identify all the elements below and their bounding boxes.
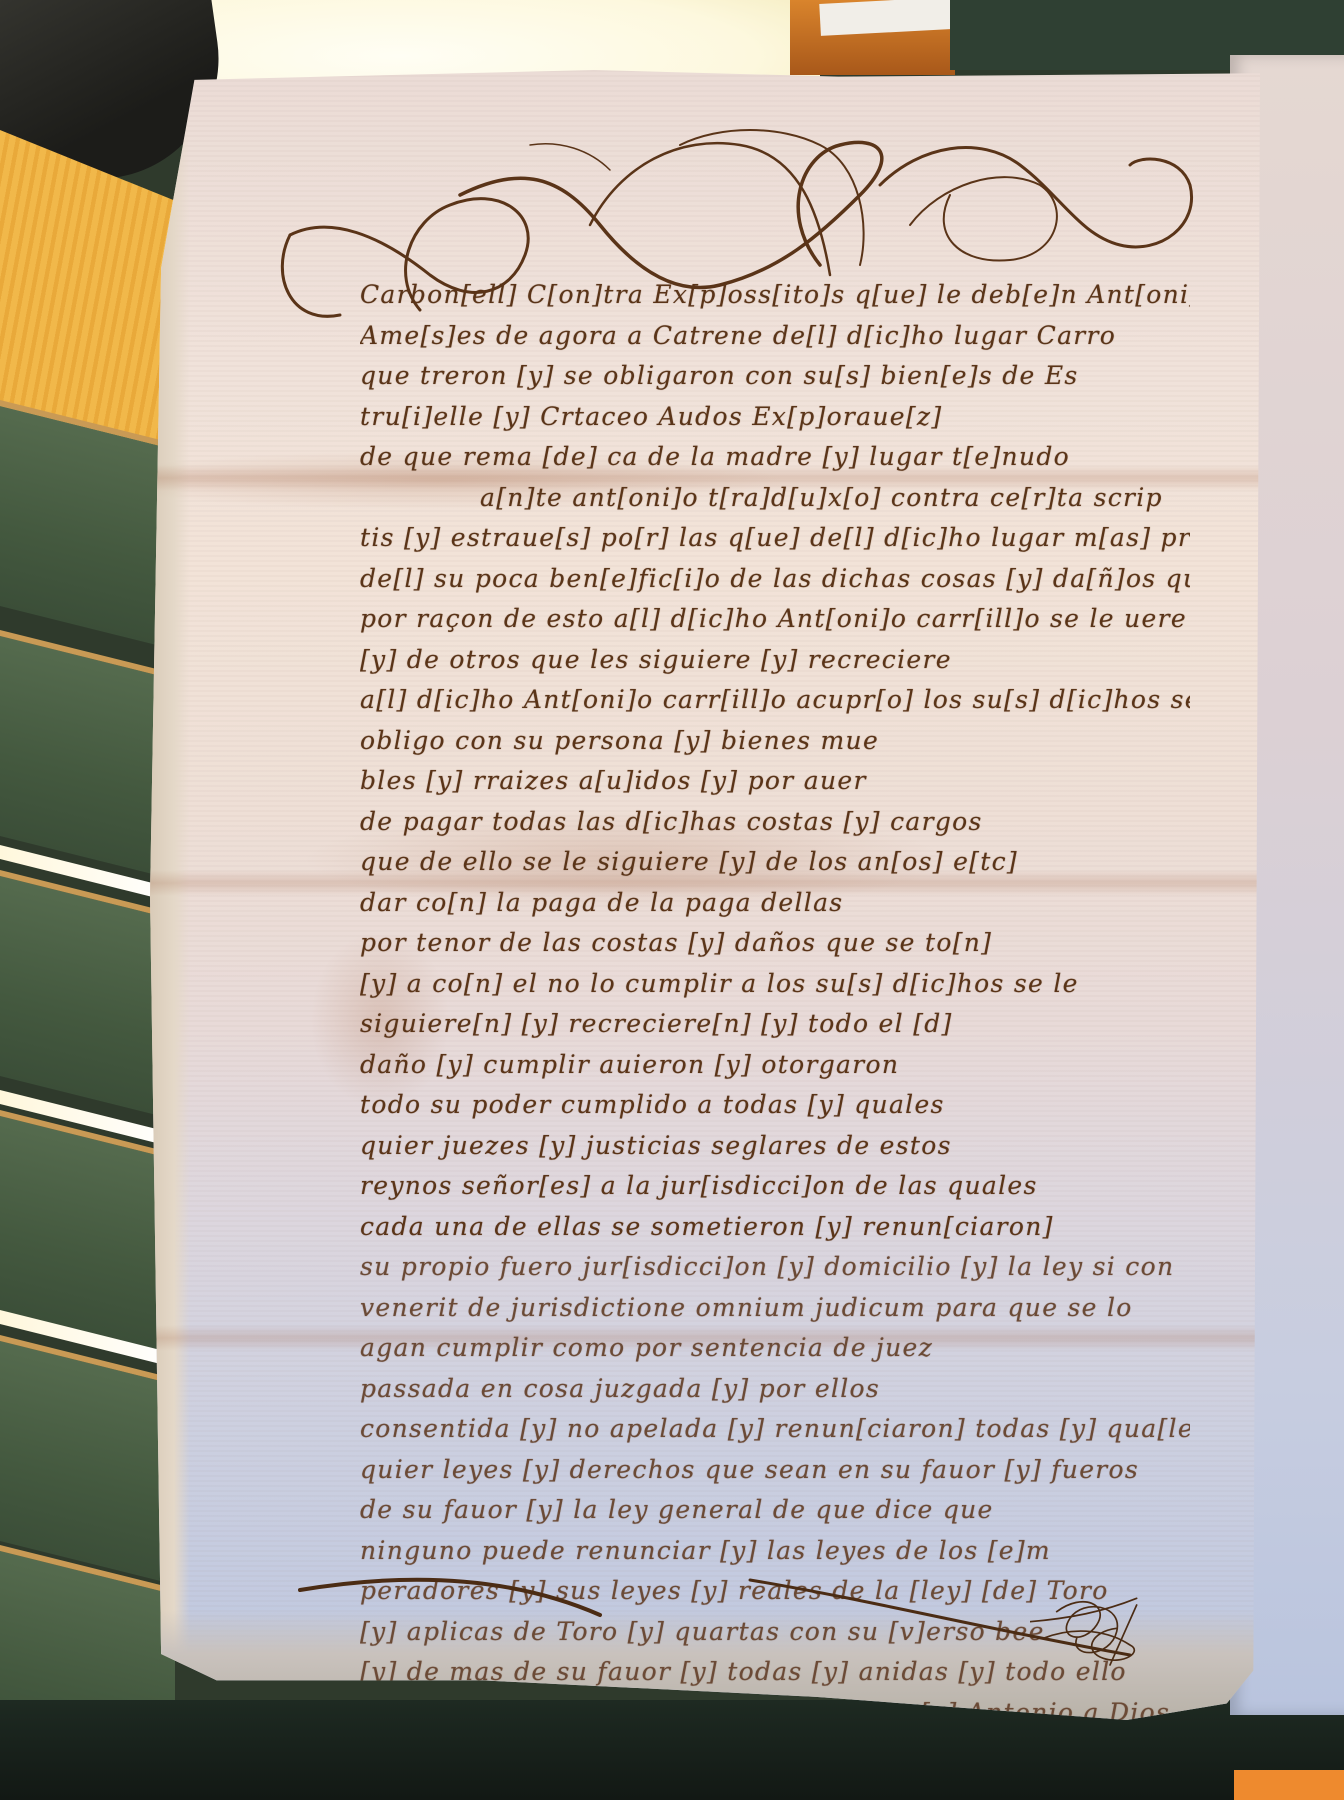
- text-line: a[n]te ant[oni]o t[ra]d[u]x[o] contra ce…: [360, 478, 1190, 519]
- text-line: bles [y] rraizes a[u]idos [y] por auer: [360, 761, 1190, 802]
- text-line: cada una de ellas se sometieron [y] renu…: [360, 1207, 1190, 1248]
- text-line: dar co[n] la paga de la paga dellas: [360, 883, 1190, 924]
- text-line: consentida [y] no apelada [y] renun[ciar…: [360, 1409, 1190, 1450]
- background-orange-corner: [1234, 1770, 1344, 1800]
- text-line: [y] de otros que les siguiere [y] recrec…: [360, 640, 1190, 681]
- background-slat: [0, 870, 175, 1120]
- photo-scene: Carbon[ell] C[on]tra Ex[p]oss[ito]s q[ue…: [0, 0, 1344, 1800]
- text-line: reynos señor[es] a la jur[isdicci]on de …: [360, 1166, 1190, 1207]
- text-line: de que rema [de] ca de la madre [y] luga…: [360, 437, 1190, 478]
- text-line: quier leyes [y] derechos que sean en su …: [360, 1450, 1190, 1491]
- text-line: passada en cosa juzgada [y] por ellos: [360, 1369, 1190, 1410]
- text-line: de[l] su poca ben[e]fic[i]o de las dicha…: [360, 559, 1190, 600]
- manuscript-body-text: Carbon[ell] C[on]tra Ex[p]oss[ito]s q[ue…: [360, 275, 1190, 1733]
- text-line: daño [y] cumplir auieron [y] otorgaron: [360, 1045, 1190, 1086]
- text-line: obligo con su persona [y] bienes mue: [360, 721, 1190, 762]
- text-line: venerit de jurisdictione omnium judicum …: [360, 1288, 1190, 1329]
- text-line: su propio fuero jur[isdicci]on [y] domic…: [360, 1247, 1190, 1288]
- text-line: Carbon[ell] C[on]tra Ex[p]oss[ito]s q[ue…: [360, 275, 1190, 316]
- text-line: quier juezes [y] justicias seglares de e…: [360, 1126, 1190, 1167]
- text-line: tru[i]elle [y] Crtaceo Audos Ex[p]oraue[…: [360, 397, 1190, 438]
- text-line: Ame[s]es de agora a Catrene de[l] d[ic]h…: [360, 316, 1190, 357]
- text-line: de pagar todas las d[ic]has costas [y] c…: [360, 802, 1190, 843]
- text-line: siguiere[n] [y] recreciere[n] [y] todo e…: [360, 1004, 1190, 1045]
- text-line: por tenor de las costas [y] daños que se…: [360, 923, 1190, 964]
- text-line: por raçon de esto a[l] d[ic]ho Ant[oni]o…: [360, 599, 1190, 640]
- text-line: que treron [y] se obligaron con su[s] bi…: [360, 356, 1190, 397]
- text-line: [y] a co[n] el no lo cumplir a los su[s]…: [360, 964, 1190, 1005]
- text-line: a[l] d[ic]ho Ant[oni]o carr[ill]o acupr[…: [360, 680, 1190, 721]
- background-slat: [0, 1335, 175, 1585]
- text-line: de su fauor [y] la ley general de que di…: [360, 1490, 1190, 1531]
- background-slat: [0, 630, 175, 880]
- background-slat: [0, 400, 175, 650]
- manuscript-folio: Carbon[ell] C[on]tra Ex[p]oss[ito]s q[ue…: [150, 70, 1260, 1720]
- text-line: tis [y] estraue[s] po[r] las q[ue] de[l]…: [360, 518, 1190, 559]
- notarial-rubric-icon: [1030, 1570, 1230, 1700]
- text-line: agan cumplir como por sentencia de juez: [360, 1328, 1190, 1369]
- text-line: todo su poder cumplido a todas [y] quale…: [360, 1085, 1190, 1126]
- text-line: que de ello se le siguiere [y] de los an…: [360, 842, 1190, 883]
